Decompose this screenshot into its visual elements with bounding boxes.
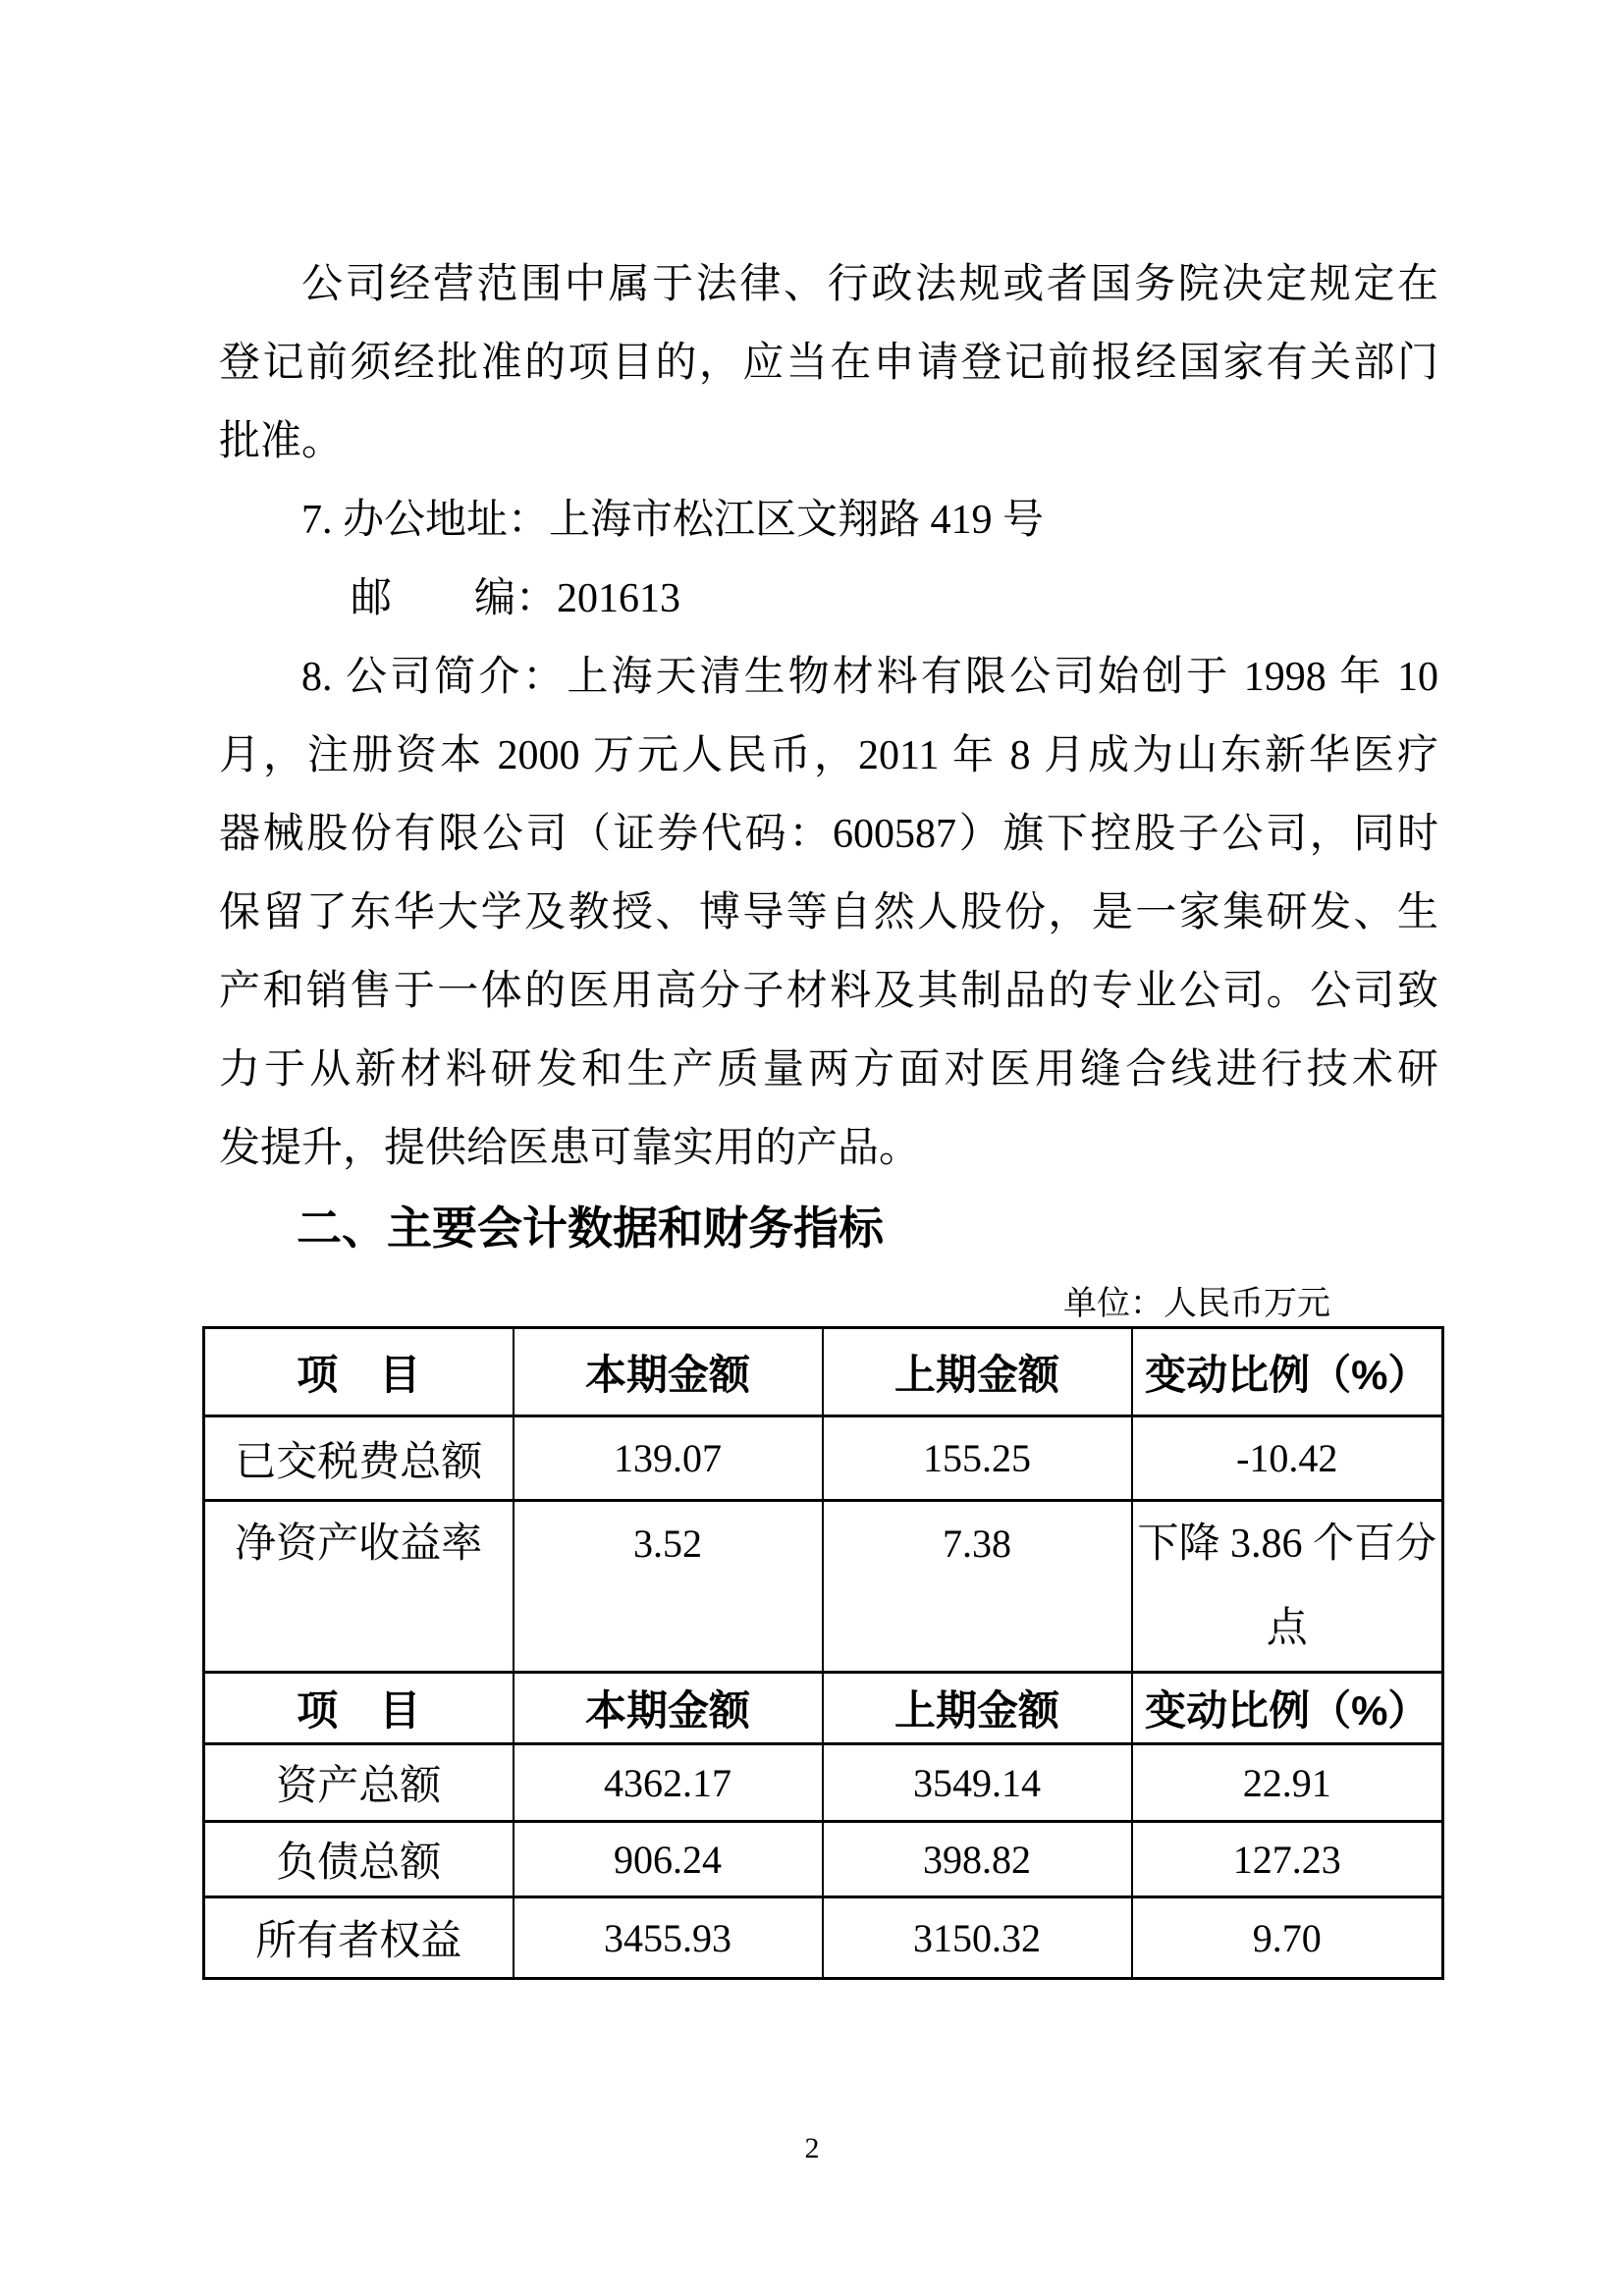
- item8-line5: 产和销售于一体的医用高分子材料及其制品的专业公司。公司致: [219, 952, 1438, 1031]
- current-value: 3.52: [514, 1501, 823, 1673]
- change-value: 9.70: [1132, 1897, 1443, 1979]
- prior-value: 155.25: [823, 1416, 1132, 1501]
- table-header-row-1: 项 目 本期金额 上期金额 变动比例（%）: [204, 1328, 1443, 1416]
- current-value: 906.24: [514, 1822, 823, 1897]
- item8-line4: 保留了东华大学及教授、博导等自然人股份，是一家集研发、生: [219, 874, 1438, 952]
- body-text: 公司经营范围中属于法律、行政法规或者国务院决定规定在 登记前须经批准的项目的，应…: [219, 245, 1438, 1188]
- paragraph1-line3: 批准。: [219, 402, 1438, 481]
- row-label: 净资产收益率: [204, 1501, 514, 1673]
- item8-line3: 器械股份有限公司（证券代码：600587）旗下控股子公司，同时: [219, 795, 1438, 874]
- row-label: 负债总额: [204, 1822, 514, 1897]
- header-item: 项 目: [204, 1328, 514, 1416]
- prior-value: 398.82: [823, 1822, 1132, 1897]
- table-row-total-assets: 资产总额 4362.17 3549.14 22.91: [204, 1744, 1443, 1822]
- current-value: 3455.93: [514, 1897, 823, 1979]
- item8-line6: 力于从新材料研发和生产质量两方面对医用缝合线进行技术研: [219, 1031, 1438, 1109]
- table-header-row-2: 项 目 本期金额 上期金额 变动比例（%）: [204, 1673, 1443, 1744]
- item8-line1: 8. 公司简介：上海天清生物材料有限公司始创于 1998 年 10: [219, 638, 1438, 717]
- table-row-owners-equity: 所有者权益 3455.93 3150.32 9.70: [204, 1897, 1443, 1979]
- document-page: 公司经营范围中属于法律、行政法规或者国务院决定规定在 登记前须经批准的项目的，应…: [0, 0, 1624, 2296]
- unit-note: 单位：人民币万元: [1063, 1286, 1330, 1323]
- table-row-taxes-paid: 已交税费总额 139.07 155.25 -10.42: [204, 1416, 1443, 1501]
- header-current: 本期金额: [514, 1673, 823, 1744]
- header-prior: 上期金额: [823, 1673, 1132, 1744]
- section-heading: 二、主要会计数据和财务指标: [297, 1203, 884, 1253]
- item7-address-line: 7. 办公地址：上海市松江区文翔路 419 号: [219, 481, 1438, 560]
- row-label: 已交税费总额: [204, 1416, 514, 1501]
- row-label: 所有者权益: [204, 1897, 514, 1979]
- item8-line2: 月，注册资本 2000 万元人民币，2011 年 8 月成为山东新华医疗: [219, 717, 1438, 795]
- current-value: 139.07: [514, 1416, 823, 1501]
- table-row-roe: 净资产收益率 3.52 7.38 下降 3.86 个百分点: [204, 1501, 1443, 1673]
- change-value: 下降 3.86 个百分点: [1132, 1501, 1443, 1673]
- paragraph1-line2: 登记前须经批准的项目的，应当在申请登记前报经国家有关部门: [219, 324, 1438, 402]
- header-change: 变动比例（%）: [1132, 1673, 1443, 1744]
- item7-postcode-line: 邮 编：201613: [219, 560, 1438, 638]
- change-value: 22.91: [1132, 1744, 1443, 1822]
- header-change: 变动比例（%）: [1132, 1328, 1443, 1416]
- header-prior: 上期金额: [823, 1328, 1132, 1416]
- prior-value: 7.38: [823, 1501, 1132, 1673]
- financial-table: 项 目 本期金额 上期金额 变动比例（%） 已交税费总额 139.07 155.…: [202, 1326, 1444, 1980]
- current-value: 4362.17: [514, 1744, 823, 1822]
- change-value: 127.23: [1132, 1822, 1443, 1897]
- row-label: 资产总额: [204, 1744, 514, 1822]
- change-value: -10.42: [1132, 1416, 1443, 1501]
- paragraph1-line1: 公司经营范围中属于法律、行政法规或者国务院决定规定在: [219, 245, 1438, 324]
- page-number: 2: [0, 2132, 1624, 2165]
- table-row-total-liabilities: 负债总额 906.24 398.82 127.23: [204, 1822, 1443, 1897]
- header-current: 本期金额: [514, 1328, 823, 1416]
- prior-value: 3549.14: [823, 1744, 1132, 1822]
- header-item: 项 目: [204, 1673, 514, 1744]
- item8-line7: 发提升，提供给医患可靠实用的产品。: [219, 1109, 1438, 1188]
- prior-value: 3150.32: [823, 1897, 1132, 1979]
